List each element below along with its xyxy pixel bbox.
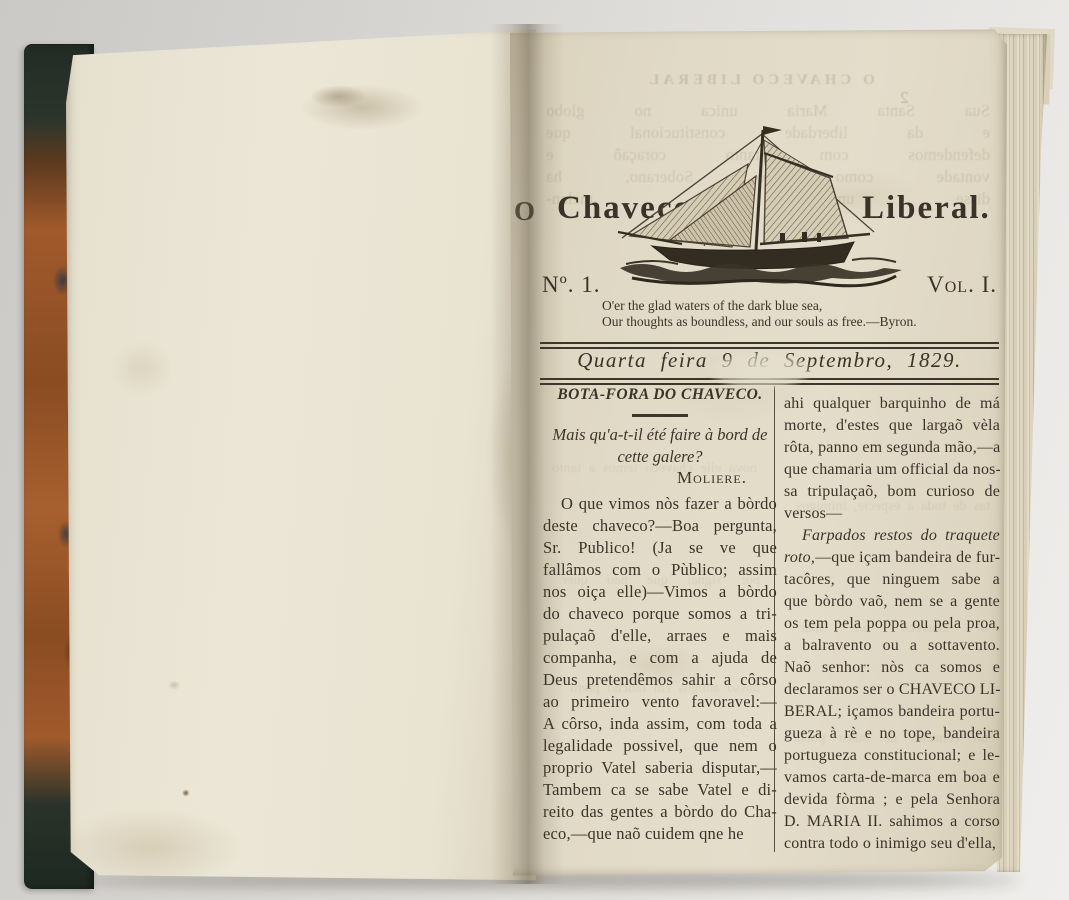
ghost-running-head: O CHAVECO LIBERAL: [580, 72, 940, 89]
moliere-motto-line-1: Mais qu'a-t-il été faire à bord de: [543, 424, 777, 446]
text-line: gueza à rè e no tope, bandeira: [784, 723, 1000, 745]
text-line: deste chaveco?—Boa pergunta,: [543, 515, 777, 537]
byron-epigraph-line-1: O'er the glad waters of the dark blue se…: [602, 298, 932, 314]
double-rule: [540, 378, 999, 385]
moliere-motto-line-2: cette galere?: [543, 446, 777, 468]
article-body-left: O que vimos nòs fazer a bòrdodeste chave…: [543, 493, 777, 845]
text-line: BERAL; içamos bandeira portu-: [784, 701, 1000, 723]
text-line: morte, d'estes que largaõ vèla: [784, 415, 1000, 437]
photograph-of-open-book: 2 O CHAVECO LIBERAL Sua Santa Maria unic…: [0, 0, 1069, 900]
text-line: que bòrdo vaõ, nem se a gente: [784, 591, 1000, 613]
heading-rule: [632, 414, 688, 417]
text-line: pulaçaõ d'elle, arraes e mais: [543, 625, 777, 647]
text-line: D. MARIA II. sahimos a corso: [784, 811, 1000, 833]
text-line: declaramos ser o CHAVECO LI-: [784, 679, 1000, 701]
blank-left-page: [66, 26, 536, 882]
article-column-right: ahi qualquer barquinho de mámorte, d'est…: [784, 388, 1000, 855]
text-line: devida fòrma ; e pela Senhora: [784, 789, 1000, 811]
article-heading: BOTA-FORA DO CHAVECO.: [543, 386, 777, 404]
text-line: a balravento ou a sottavento.: [784, 635, 1000, 657]
text-line: O que vimos nòs fazer a bòrdo: [543, 493, 777, 515]
masthead-article-o: O: [514, 196, 535, 227]
dateline: Quarta feira 9 de Septembro, 1829.: [540, 348, 999, 373]
text-line: os tem pela poppa ou pela proa,: [784, 613, 1000, 635]
text-line: que chamaria um official da nos-: [784, 459, 1000, 481]
byron-epigraph: O'er the glad waters of the dark blue se…: [602, 298, 932, 330]
text-line: companha, e com a ajuda de: [543, 647, 777, 669]
text-line: A côrso, inda assim, com toda a: [543, 713, 777, 735]
motto-attribution: Moliere.: [543, 468, 777, 488]
text-line: proprio Vatel saberia disputar,—: [543, 757, 777, 779]
text-line: fallâmos com o Pùblico; assim: [543, 559, 777, 581]
article-body-right: ahi qualquer barquinho de mámorte, d'est…: [784, 393, 1000, 855]
text-line: legalidade possivel, que nem o: [543, 735, 777, 757]
text-line: ahi qualquer barquinho de má: [784, 393, 1000, 415]
text-line: Sua Santa Maria unica no globo: [546, 100, 990, 122]
text-line: vamos carta-de-marca em boa e: [784, 767, 1000, 789]
text-line: rôta, panno em segunda mão,—a: [784, 437, 1000, 459]
printed-right-page: 2 O CHAVECO LIBERAL Sua Santa Maria unic…: [510, 26, 1007, 878]
text-line: Sr. Publico! (Ja se ve que: [543, 537, 777, 559]
text-line: eco,—que naõ cuidem qne he: [543, 823, 777, 845]
text-line: Naõ senhor: nòs ca somos e: [784, 657, 1000, 679]
text-line: versos—: [784, 503, 1000, 525]
text-line: reito das gentes a bòrdo do Cha-: [543, 801, 777, 823]
text-line: sa tripulaçaõ, bom curioso de: [784, 481, 1000, 503]
text-line: portugueza constitucional; e le-: [784, 745, 1000, 767]
text-line: Farpados restos do traquete: [784, 525, 1000, 547]
article-column-left: BOTA-FORA DO CHAVECO. Mais qu'a-t-il été…: [543, 386, 777, 845]
byron-epigraph-line-2: Our thoughts as boundless, and our souls…: [602, 314, 932, 330]
text-line: Deus pretendêmos sahir a côrso: [543, 669, 777, 691]
issue-number: Nº. 1.: [542, 272, 601, 298]
text-line: contra todo o inimigo seu d'ella,: [784, 833, 1000, 855]
sailing-ship-engraving-icon: [612, 120, 912, 302]
text-line: Tambem ca se sabe Vatel e di-: [543, 779, 777, 801]
text-line: do chaveco porque somos a tri-: [543, 603, 777, 625]
text-line: nos oiça elle)—Vimos a bòrdo: [543, 581, 777, 603]
text-line: ao primeiro vento favoravel:—: [543, 691, 777, 713]
text-line: roto,—que içam bandeira de fur-: [784, 547, 1000, 569]
text-line: tacôres, que ninguem sabe a: [784, 569, 1000, 591]
volume-number: Vol. I.: [927, 272, 997, 298]
